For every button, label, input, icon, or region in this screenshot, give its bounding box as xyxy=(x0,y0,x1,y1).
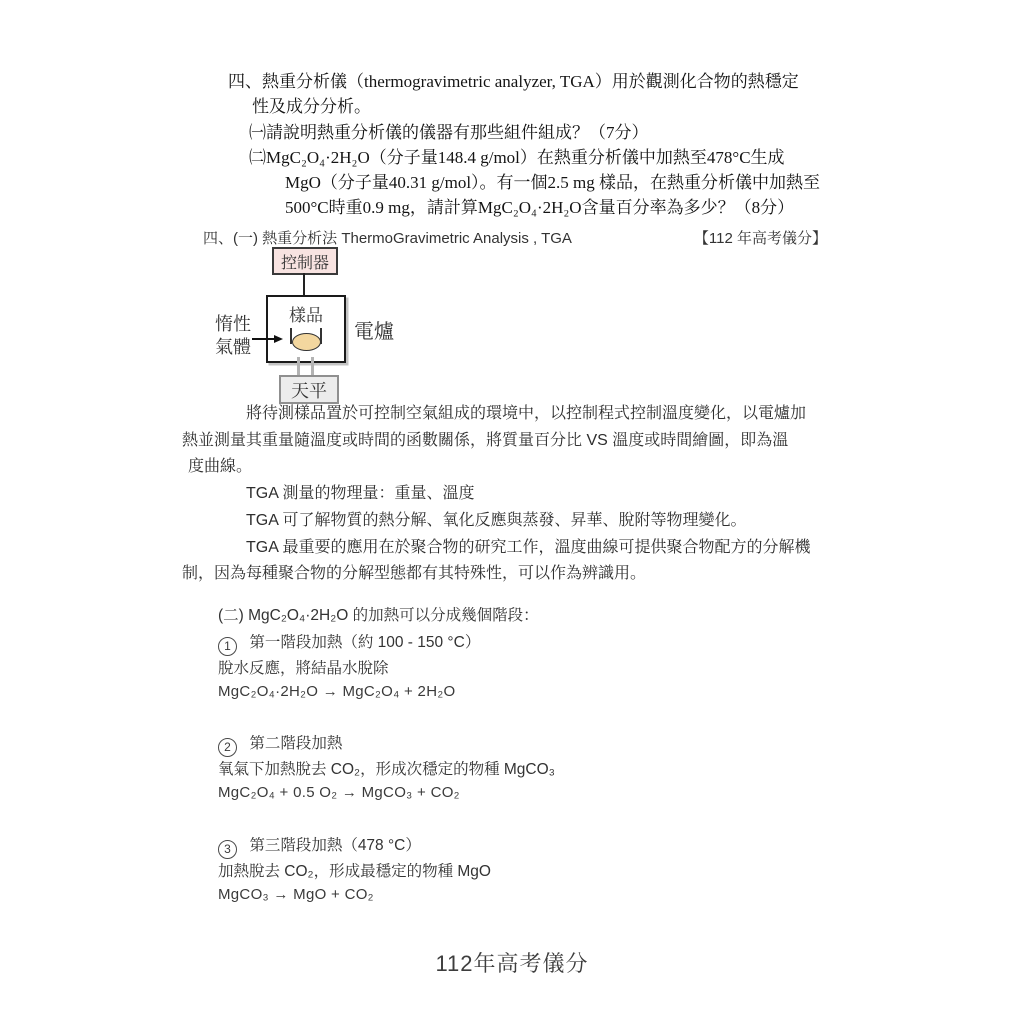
balance-box: 天平 xyxy=(279,375,339,404)
stage-title-row: 3 第三階段加熱（478 °C） xyxy=(218,833,421,859)
sample-label: 樣品 xyxy=(268,301,344,326)
stage-desc: 氧氣下加熱脫去 CO₂，形成次穩定的物種 MgCO₃ xyxy=(218,757,555,779)
stage-equation: MgC₂O₄ + 0.5 O₂ → MgCO₃ + CO₂ xyxy=(218,784,460,801)
answer-paragraphs: 將待測樣品置於可控制空氣組成的環境中，以控制程式控制溫度變化，以電爐加 熱並測量… xyxy=(182,401,824,588)
inert-gas-label: 惰性 氣體 xyxy=(215,313,251,359)
paragraph-line: 將待測樣品置於可控制空氣組成的環境中，以控制程式控制溫度變化，以電爐加 xyxy=(246,401,824,428)
question-line: ㈠請說明熱重分析儀的儀器有那些組件組成？（7分） xyxy=(249,120,832,145)
inert-gas-label-line1: 惰性 xyxy=(215,313,251,336)
sample-oval-icon xyxy=(292,333,321,351)
question-line: 四、熱重分析儀（thermogravimetric analyzer, TGA）… xyxy=(228,69,832,94)
furnace-label: 電爐 xyxy=(354,315,394,344)
exam-solution-page: 四、熱重分析儀（thermogravimetric analyzer, TGA）… xyxy=(0,0,1024,1024)
question-block: 四、熱重分析儀（thermogravimetric analyzer, TGA）… xyxy=(228,69,832,221)
page-footer: 112年高考儀分 xyxy=(0,947,1024,978)
answer-title: 四、(一) 熱重分析法 ThermoGravimetric Analysis ,… xyxy=(203,227,572,248)
question-line: ㈡MgC₂O₄·2H₂O（分子量148.4 g/mol）在熱重分析儀中加熱至47… xyxy=(249,145,832,170)
stage-number-badge: 2 xyxy=(218,738,237,757)
stage-title: 第三階段加熱（478 °C） xyxy=(249,837,421,854)
paragraph-line: 度曲線。 xyxy=(188,454,824,481)
controller-stem-line xyxy=(303,273,305,295)
paragraph-line: 熱並測量其重量隨溫度或時間的函數關係，將質量百分比 VS 溫度或時間繪圖，即為溫 xyxy=(182,428,824,455)
tga-point-line: TGA 可了解物質的熱分解、氧化反應與蒸發、昇華、脫附等物理變化。 xyxy=(246,508,824,535)
tga-point-line: TGA 最重要的應用在於聚合物的研究工作，溫度曲線可提供聚合物配方的分解機 xyxy=(246,535,824,562)
stage-number-badge: 3 xyxy=(218,840,237,859)
balance-leg-right xyxy=(311,357,314,375)
stage-equation: MgC₂O₄·2H₂O → MgC₂O₄ + 2H₂O xyxy=(218,683,455,700)
stage-title: 第二階段加熱 xyxy=(249,735,342,752)
controller-box: 控制器 xyxy=(272,247,338,275)
answer-header: 四、(一) 熱重分析法 ThermoGravimetric Analysis ,… xyxy=(203,227,827,248)
stage-equation: MgCO₃ → MgO + CO₂ xyxy=(218,886,374,903)
inert-gas-label-line2: 氣體 xyxy=(215,336,251,359)
tga-point-line: 制，因為每種聚合物的分解型態都有其特殊性，可以作為辨識用。 xyxy=(182,561,824,588)
gas-flow-arrow-icon xyxy=(252,338,274,340)
stage-title: 第一階段加熱（約 100 - 150 °C） xyxy=(249,634,480,651)
part2-intro: (二) MgC₂O₄·2H₂O 的加熱可以分成幾個階段： xyxy=(218,603,539,625)
tga-point-line: TGA 測量的物理量：重量、溫度 xyxy=(246,481,824,508)
stage-title-row: 1 第一階段加熱（約 100 - 150 °C） xyxy=(218,630,480,656)
question-line: 500°C時重0.9 mg，請計算MgC₂O₄·2H₂O含量百分率為多少？（8分… xyxy=(285,195,832,220)
question-line: 性及成分分析。 xyxy=(252,94,832,119)
balance-label: 天平 xyxy=(291,377,327,403)
stage-title-row: 2 第二階段加熱 xyxy=(218,731,342,757)
controller-label: 控制器 xyxy=(281,250,329,273)
furnace-box: 樣品 xyxy=(266,295,346,363)
answer-source-tag: 【112 年高考儀分】 xyxy=(694,227,827,248)
stage-desc: 脫水反應，將結晶水脫除 xyxy=(218,656,389,678)
question-line: MgO（分子量40.31 g/mol）。有一個2.5 mg 樣品，在熱重分析儀中… xyxy=(285,170,832,195)
stage-desc: 加熱脫去 CO₂，形成最穩定的物種 MgO xyxy=(218,859,491,881)
stage-number-badge: 1 xyxy=(218,637,237,656)
balance-leg-left xyxy=(297,357,300,375)
